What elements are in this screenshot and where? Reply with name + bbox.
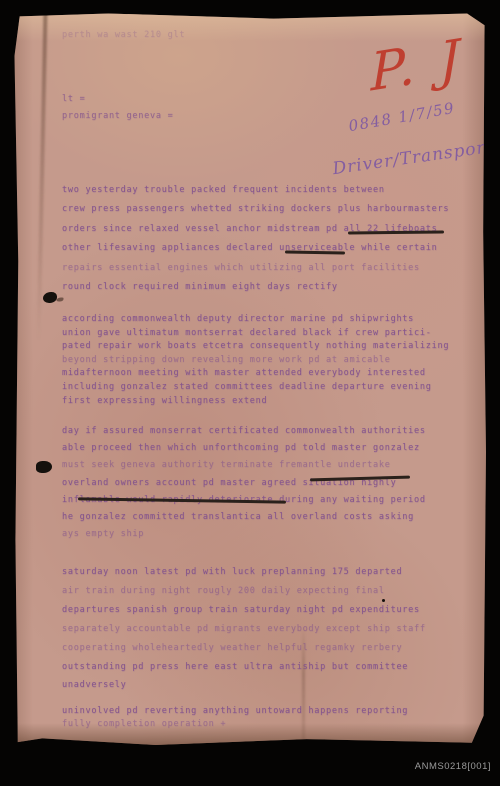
paragraph-2: according commonwealth deputy director m… — [62, 313, 449, 408]
typed-line: orders since relaxed vessel anchor midst… — [62, 220, 449, 239]
typed-lt-line: lt = — [62, 94, 85, 104]
ink-blot — [36, 461, 52, 473]
typed-line: air train during night rougly 200 daily … — [62, 582, 426, 601]
paragraph-5: uninvolved pd reverting anything untowar… — [62, 705, 408, 730]
ink-blot — [43, 292, 57, 303]
ink-speck — [382, 599, 385, 602]
typed-line: midafternoon meeting with master attende… — [62, 367, 449, 381]
handwritten-initials: P. J — [370, 28, 464, 103]
typed-line: pated repair work boats etcetra conseque… — [62, 340, 449, 354]
archive-label: ANMS0218[001] — [415, 761, 491, 772]
typed-line: two yesterday trouble packed frequent in… — [62, 181, 449, 200]
paragraph-3: day if assured monserrat certificated co… — [62, 423, 426, 543]
typed-line: other lifesaving appliances declared uns… — [62, 239, 449, 258]
typed-line: first expressing willingness extend — [62, 395, 449, 409]
typed-line: beyond stripping down revealing more wor… — [62, 354, 449, 368]
typed-line: departures spanish group train saturday … — [62, 601, 426, 620]
typed-address-line: promigrant geneva = — [62, 111, 173, 121]
typed-line: he gonzalez committed translantica all o… — [62, 509, 426, 526]
typed-line: saturday noon latest pd with luck prepla… — [62, 563, 426, 582]
typed-line: repairs essential engines which utilizin… — [62, 259, 449, 278]
typed-line: according commonwealth deputy director m… — [62, 313, 449, 327]
typed-line: able proceed then which unforthcoming pd… — [62, 440, 426, 457]
handwritten-routing: Driver/Transport — [331, 137, 494, 179]
typed-line: cooperating wholeheartedly weather helpf… — [62, 639, 426, 658]
typed-line: round clock required minimum eight days … — [62, 278, 449, 297]
typed-line: uninvolved pd reverting anything untowar… — [62, 705, 408, 718]
telegram-paper: perth wa wast 210 glt lt = promigrant ge… — [14, 12, 486, 745]
typed-line: union gave ultimatum montserrat declared… — [62, 327, 449, 341]
paragraph-4: saturday noon latest pd with luck prepla… — [62, 563, 426, 695]
typed-line: outstanding pd press here east ultra ant… — [62, 658, 426, 677]
typed-line: including gonzalez stated committees dea… — [62, 381, 449, 395]
document-photo: perth wa wast 210 glt lt = promigrant ge… — [0, 0, 500, 786]
typed-line: must seek geneva authority terminate fre… — [62, 457, 426, 474]
typed-origin-line: perth wa wast 210 glt — [62, 30, 185, 40]
typed-line: unadversely — [62, 676, 426, 695]
typed-line: separately accountable pd migrants every… — [62, 620, 426, 639]
paragraph-1: two yesterday trouble packed frequent in… — [62, 181, 449, 297]
handwritten-datetime: 0848 1/7/59 — [347, 99, 456, 135]
typed-line: fully completion operation + — [62, 718, 408, 731]
typed-line: crew press passengers whetted striking d… — [62, 200, 449, 219]
typed-line: day if assured monserrat certificated co… — [62, 423, 426, 440]
typed-line: ays empty ship — [62, 526, 426, 543]
